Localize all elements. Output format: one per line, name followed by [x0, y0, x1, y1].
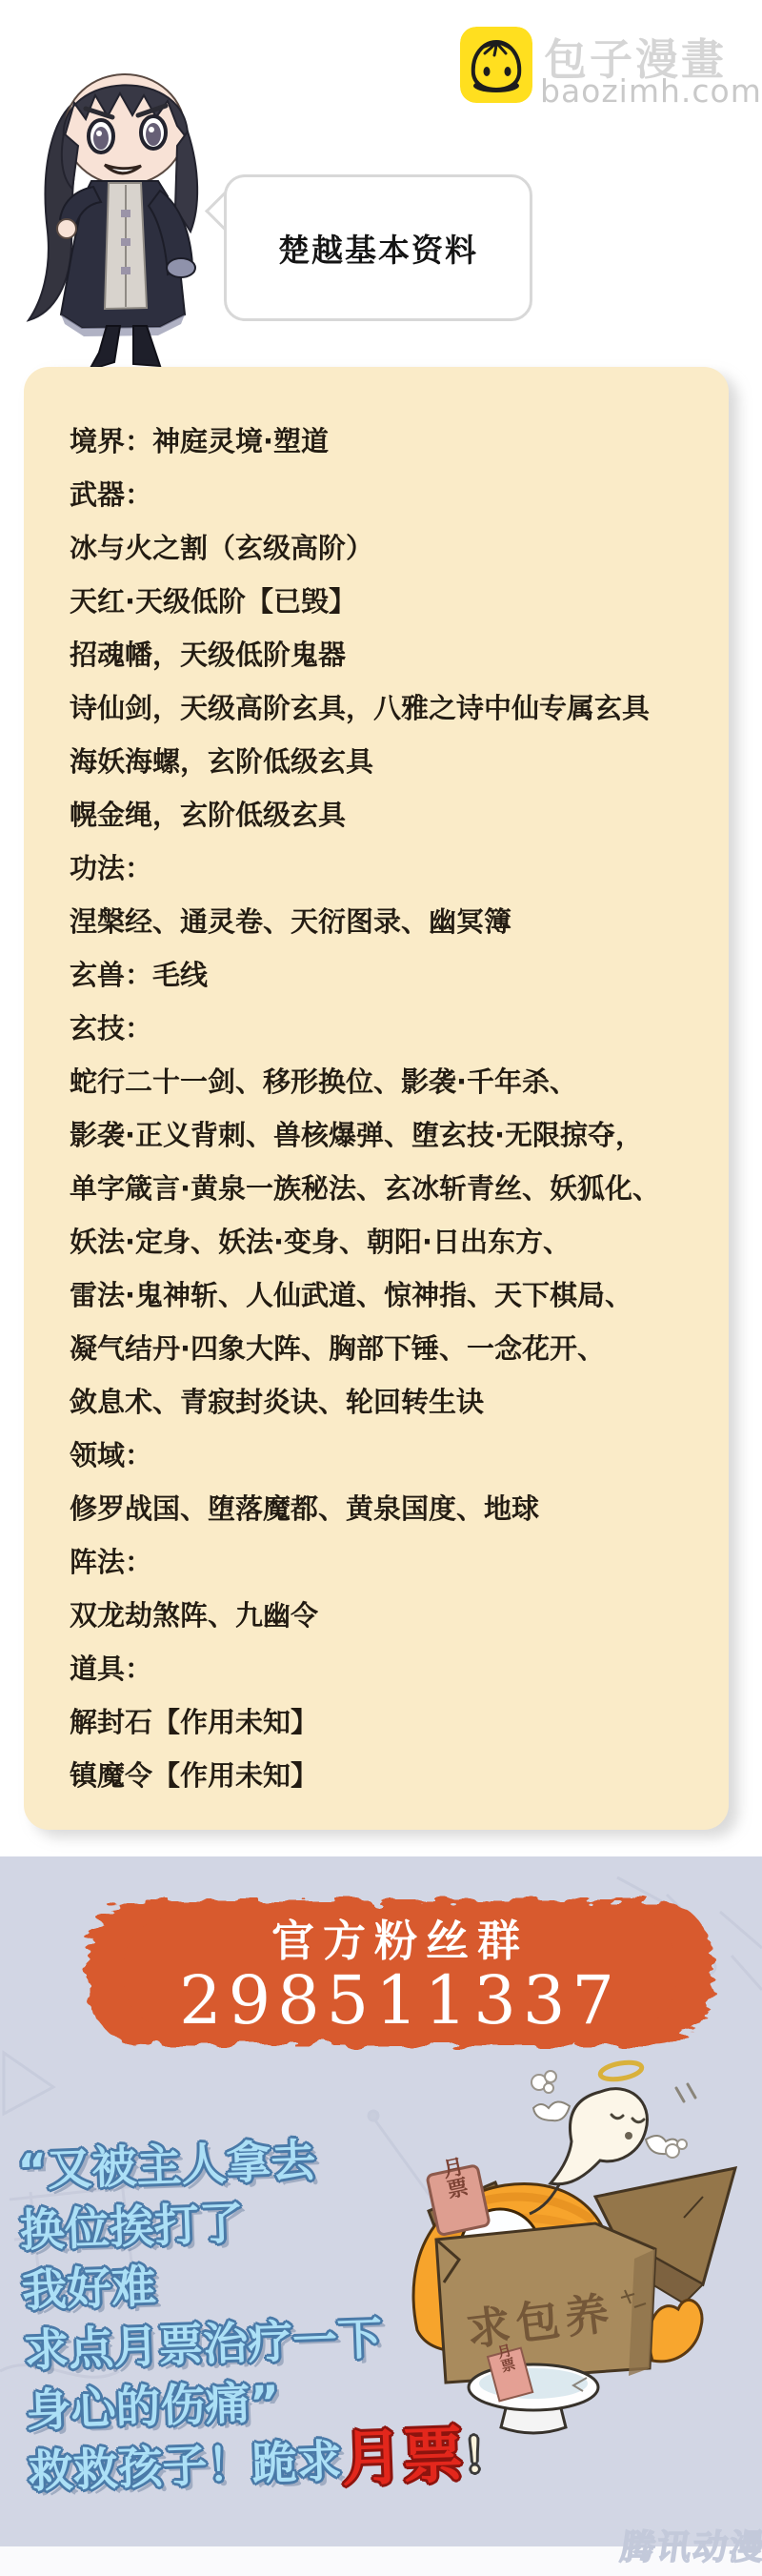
- text-line: 解封石【作用未知】: [70, 1695, 702, 1749]
- text-line: 天红·天级低阶【已毁】: [70, 575, 702, 628]
- fan-group-label: 官方粉丝群: [67, 1906, 733, 1968]
- plea-final-prefix: 救救孩子！跪求: [28, 2435, 343, 2498]
- baozi-bun-icon: [460, 27, 532, 103]
- text-line: 双龙劫煞阵、九幽令: [70, 1589, 702, 1642]
- text-line: 修罗战国、堕落魔都、黄泉国度、地球: [70, 1482, 702, 1535]
- text-line: 幌金绳，玄阶低级玄具: [70, 788, 702, 842]
- speech-bubble: 楚越基本资料: [224, 174, 532, 321]
- chibi-character-illustration: [17, 27, 225, 377]
- text-line: 敛息术、青寂封炎诀、轮回转生诀: [70, 1375, 702, 1429]
- site-url: baozimh.com: [540, 72, 762, 110]
- text-line: 单字箴言·黄泉一族秘法、玄冰斩青丝、妖狐化、: [70, 1162, 702, 1215]
- comic-extra-page: 包子漫畫 baozimh.com 楚越基本资料 境界：神庭灵境·塑道武器：冰与火…: [0, 0, 762, 2576]
- text-line: 玄技：: [70, 1002, 702, 1055]
- text-line: 冰与火之割（玄级高阶）: [70, 521, 702, 575]
- text-line: 招魂幡，天级低阶鬼器: [70, 628, 702, 681]
- tencent-comics-watermark: 腾讯动漫: [617, 2521, 762, 2569]
- text-line: 道具：: [70, 1642, 702, 1695]
- text-line: 领域：: [70, 1429, 702, 1482]
- text-line: 武器：: [70, 468, 702, 521]
- text-line: 凝气结丹·四象大阵、胸部下锤、一念花开、: [70, 1322, 702, 1375]
- text-line: 功法：: [70, 842, 702, 895]
- site-logo[interactable]: 包子漫畫 baozimh.com: [460, 25, 746, 107]
- text-line: 雷法·鬼神斩、人仙武道、惊神指、天下棋局、: [70, 1268, 702, 1322]
- text-line: 境界：神庭灵境·塑道: [70, 415, 702, 468]
- text-line: 涅槃经、通灵卷、天衍图录、幽冥簿: [70, 895, 702, 948]
- text-line: 阵法：: [70, 1535, 702, 1589]
- fan-group-number: 298511337: [67, 1961, 733, 2039]
- character-info-panel: 境界：神庭灵境·塑道武器：冰与火之割（玄级高阶）天红·天级低阶【已毁】招魂幡，天…: [24, 367, 729, 1830]
- text-line: 玄兽：毛线: [70, 948, 702, 1002]
- text-line: 镇魔令【作用未知】: [70, 1749, 702, 1802]
- text-line: 妖法·定身、妖法·变身、朝阳·日出东方、: [70, 1215, 702, 1268]
- mascot-illustration: 月票 求包养 月票: [400, 2054, 762, 2444]
- speech-bubble-text: 楚越基本资料: [278, 226, 478, 271]
- text-line: 海妖海螺，玄阶低级玄具: [70, 735, 702, 788]
- text-line: 蛇行二十一剑、移形换位、影袭·千年杀、: [70, 1055, 702, 1108]
- text-line: 影袭·正义背刺、兽核爆弹、堕玄技·无限掠夺，: [70, 1108, 702, 1162]
- text-line: 诗仙剑，天级高阶玄具，八雅之诗中仙专属玄具: [70, 681, 702, 735]
